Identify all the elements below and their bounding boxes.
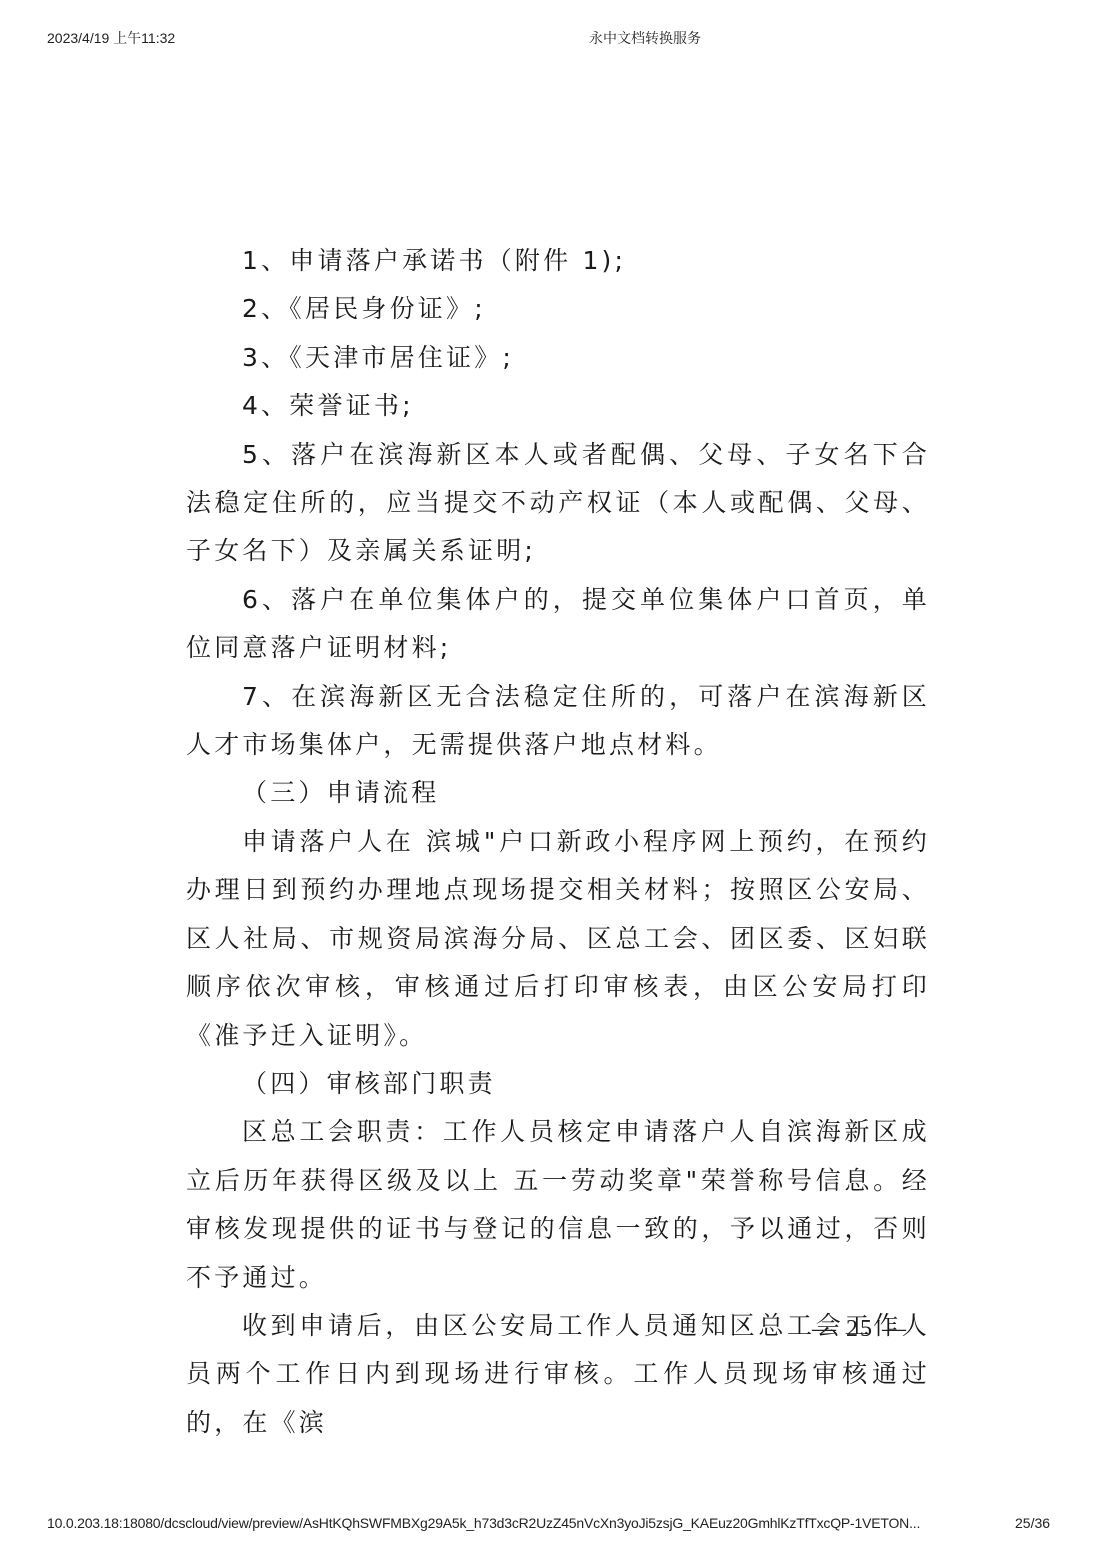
- list-item-3: 3、《天津市居住证》;: [186, 334, 930, 382]
- print-title: 永中文档转换服务: [589, 28, 701, 48]
- list-item-1: 1、申请落户承诺书（附件 1);: [186, 237, 930, 285]
- list-item-7: 7、在滨海新区无合法稳定住所的，可落户在滨海新区人才市场集体户，无需提供落户地点…: [186, 673, 930, 770]
- paragraph-process: 申请落户人在 滨城"户口新政小程序网上预约，在预约办理日到预约办理地点现场提交相…: [186, 818, 930, 1060]
- page-url: 10.0.203.18:18080/dcscloud/view/preview/…: [47, 1515, 920, 1531]
- print-footer: 10.0.203.18:18080/dcscloud/view/preview/…: [0, 1515, 1102, 1535]
- list-item-2: 2、《居民身份证》;: [186, 285, 930, 333]
- print-datetime: 2023/4/19 上午11:32: [47, 28, 175, 48]
- section-heading-process: （三）申请流程: [186, 769, 930, 817]
- list-item-6: 6、落户在单位集体户的，提交单位集体户口首页，单位同意落户证明材料;: [186, 576, 930, 673]
- page-count: 25/36: [1015, 1515, 1050, 1531]
- paragraph-union-duties: 区总工会职责：工作人员核定申请落户人自滨海新区成立后历年获得区级及以上 五一劳动…: [186, 1108, 930, 1302]
- page-number: — 25 —: [812, 1316, 908, 1343]
- list-item-5: 5、落户在滨海新区本人或者配偶、父母、子女名下合法稳定住所的，应当提交不动产权证…: [186, 431, 930, 576]
- list-item-4: 4、荣誉证书;: [186, 382, 930, 430]
- document-body: 1、申请落户承诺书（附件 1); 2、《居民身份证》; 3、《天津市居住证》; …: [186, 237, 930, 1447]
- print-header: 2023/4/19 上午11:32 永中文档转换服务: [0, 28, 1102, 48]
- section-heading-duties: （四）审核部门职责: [186, 1060, 930, 1108]
